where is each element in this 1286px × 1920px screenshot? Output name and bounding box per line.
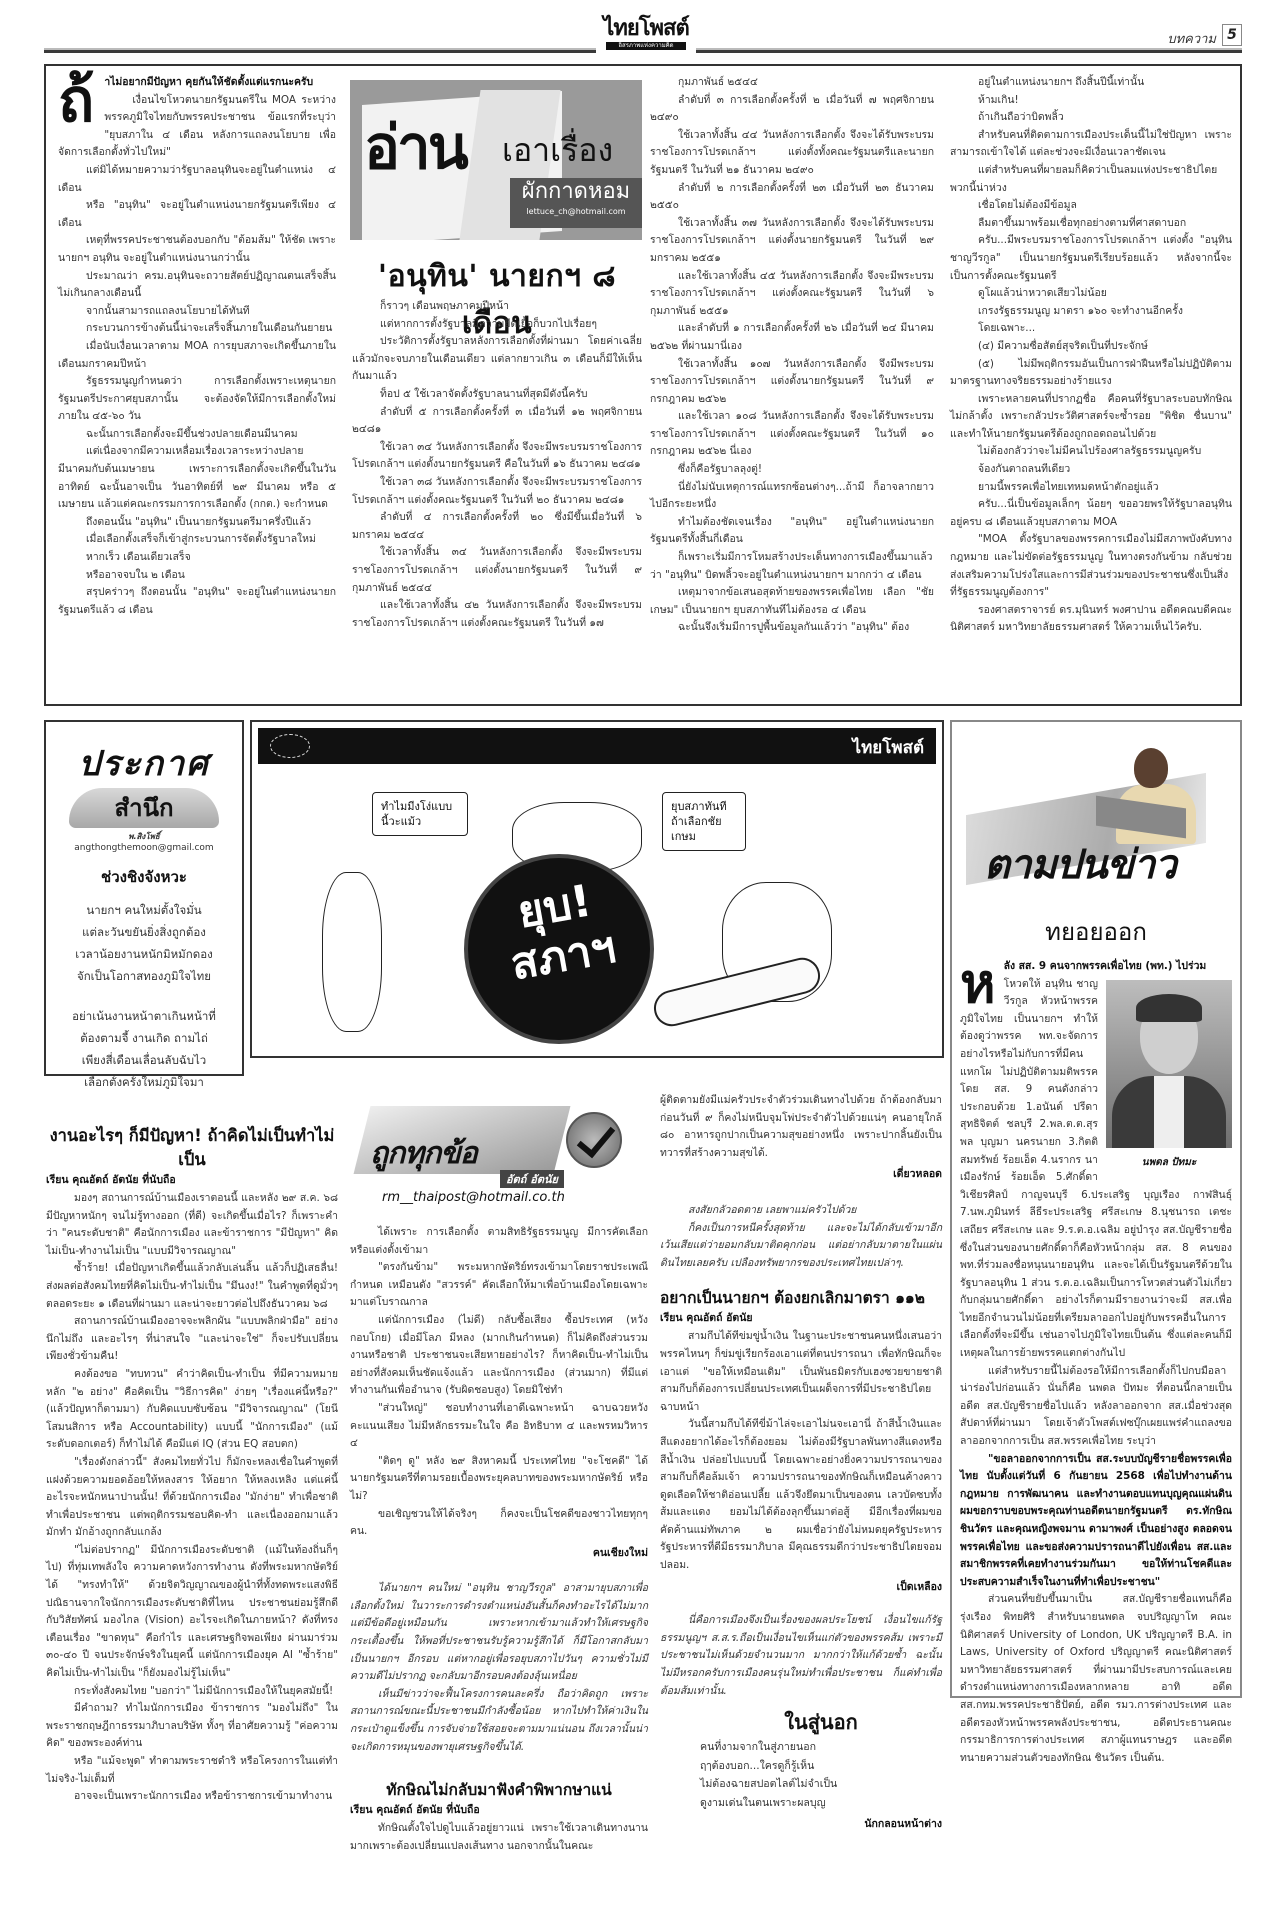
paragraph: สงสัยกลัวอดตาย เลยพาแม่ครัวไปด้วย [660,1202,942,1220]
dropcap: ถ้ [58,74,94,128]
letter-1-signature: คนเชียงใหม่ [350,1545,648,1563]
masthead: ไทยโพสต์ อิสรภาพแห่งความคิด บทความ 5 [0,0,1286,58]
section-label: บทความ [1167,28,1216,49]
news-lead: ลัง สส. 9 คนจากพรรคเพื่อไทย (พท.) ไปร่วม [960,958,1232,976]
poem-column: ประกาศ สำนึก พ.สิงโพธิ์ angthongthemoon@… [44,720,244,1076]
paragraph: ถึงตอนนั้น "อนุทิน" เป็นนายกรัฐมนตรีมาคร… [58,514,336,532]
banner-email[interactable]: lettuce_ch@hotmail.com [510,206,642,218]
paragraph: ผู้ติดตามยังมีแม่ครัวประจำตัวร่วมเดินทาง… [660,1092,942,1162]
banner-author-box: ผักกาดหอม lettuce_ch@hotmail.com [510,178,642,228]
paragraph: (๕) ไม่มีพฤติกรรมอันเป็นการฝ่าฝืนหรือไม่… [950,356,1232,391]
paragraph: มีคำถาม? ทำไมนักการเมือง ข้าราชการ "มองไ… [46,1700,338,1753]
letter-3-body: สามกีบได้ทีข่มขู่น้ำเงิน ในฐานะประชาชนคน… [660,1328,942,1574]
paragraph: "ตรงกันข้าม" พระมหากษัตริย์ทรงเข้ามาโดยร… [350,1259,648,1312]
verse-line: ดูงามเด่นในตนเพราะผลบุญ [700,1794,942,1813]
paragraph: รัฐธรรมนูญกำหนดว่า การเลือกตั้งเพราะเหตุ… [58,373,336,426]
checkmark-icon [566,1112,622,1168]
paragraph: กุมภาพันธ์ ๒๕๔๔ [650,74,934,92]
letters-col-1: งานอะไรๆ ก็มีปัญหา! ถ้าคิดไม่เป็นทำไม่เป… [46,1124,338,1806]
paragraph: ก็คงเป็นการหนีครั้งสุดท้าย และจะไม่ได้กล… [660,1220,942,1273]
letter-1-body: มองๆ สถานการณ์บ้านเมืองเราตอนนี้ และหลัง… [46,1190,338,1806]
poem-title: ช่วงชิงจังหวะ [46,865,242,889]
paragraph: แต่สำหรับคนที่ผายลมก็คิดว่าเป็นลมแห่งประ… [950,162,1232,197]
paragraph: "ไม่ต่อปรากฏ" มีนักการเมืองระดับชาติ (แม… [46,1542,338,1683]
paragraph: ไม่ต้องกลัวว่าจะไม่มีคนไปร้องศาลรัฐธรรมน… [950,443,1232,461]
paragraph: ทำไมต้องชัดเจนเรื่อง "อนุทิน" อยู่ในตำแห… [650,514,934,549]
banner-title-big: อ่าน [364,118,466,178]
verse-line: นายกฯ คนใหม่ตั้งใจมั่น [46,899,242,921]
paragraph: ลำดับที่ ๒ การเลือกตั้งครั้งที่ ๒๓ เมื่อ… [650,180,934,215]
col-1-paragraphs: เงื่อนไขโหวตนายกรัฐมนตรีใน MOA ระหว่างพร… [58,92,336,620]
paragraph: นี่คือการเมืองจึงเป็นเรื่องของผลประโยชน์… [660,1612,942,1700]
paragraph: ขอเชิญชวนให้ได้จริงๆ ก็คงจะเป็นโชคดีของช… [350,1506,648,1541]
banner-author: ผักกาดหอม [510,178,642,206]
paragraph: จ้องกันตาถลนทีเดียว [950,461,1232,479]
paragraph: "MOA ตั้งรัฐบาลของพรรคการเมืองไม่มีสภาพบ… [950,531,1232,601]
paragraph: ใช้เวลา ๓๔ วันหลังการเลือกตั้ง จึงจะมีพร… [352,439,642,474]
paragraph: วันนี้สามกีบได้ทีขี่ม้าไล่จะเอาไม่นจะเอา… [660,1416,942,1574]
verse-line: เพียงสี่เดือนเลื่อนลับฉับไว [46,1049,242,1071]
paragraph: ใช้เวลา ๓๘ วันหลังการเลือกตั้ง จึงจะมีพร… [352,474,642,509]
paragraph: ประวัติการตั้งรัฐบาลหลังการเลือกตั้งที่ผ… [352,333,642,386]
letters-column-logo: ถูกทุกข้อ อัตถ์ อัตนัย rm__thaipost@hotm… [350,1090,650,1210]
paragraph: สถานการณ์บ้านเมืองอาจจะพลิกผัน "แบบพลิกฝ… [46,1313,338,1366]
editor-reply-2: สงสัยกลัวอดตาย เลยพาแม่ครัวไปด้วยก็คงเป็… [660,1202,942,1272]
letter-2-headline: ทักษิณไม่กลับมาฟังคำพิพากษาแน่ [350,1778,648,1802]
paragraph: ยามนี้พรรคเพื่อไทยเทหมดหน้าตักอยู่แล้ว [950,479,1232,497]
paragraph: หรือ "แม้จะพูด" ทำตามพระราชดำริ หรือโครง… [46,1753,338,1788]
paragraph: "เรื่องดังกล่าวนี้" สังคมไทยทั่วไป ก็มัก… [46,1454,338,1542]
closing-poem-title: ในสู่นอก [700,1708,942,1736]
news-para-2: แต่สำหรับรายนี้ไม่ต้องรอให้มีการเลือกตั้… [960,1363,1232,1451]
paragraph: แต่เนื่องจากมีความเหลื่อมเรื่องเวลาระหว่… [58,443,336,513]
paragraph: เหตุที่พรรคประชาชนต้องบอกกับ "ต้อมส้ม" ใ… [58,232,336,267]
paragraph: ใช้เวลาทั้งสิ้น ๓๔ วันหลังการเลือกตั้ง จ… [352,544,642,597]
poem-byline: พ.สิงโพธิ์ [46,830,242,843]
cartoon-header-bar: ไทยโพสต์ [258,728,936,764]
logo-author: อัตถ์ อัตนัย [500,1170,564,1188]
news-headline: ทยอยออก [950,912,1242,951]
paragraph: ใช้เวลาทั้งสิ้น ๔๔ วันหลังการเลือกตั้ง จ… [650,127,934,180]
top-article-col-1: ถ้ าไม่อยากมีปัญหา คุยกันให้ชัดตั้งแต่แร… [58,74,336,619]
poem-column-scroll: สำนึก [69,788,219,828]
paragraph: กระทั่งสังคมไทย "บอกว่า" ไม่มีนักการเมือ… [46,1683,338,1701]
logo-tagline: อิสรภาพแห่งความคิด [606,42,686,50]
paragraph: "ส่วนใหญ่" ชอบทำงานที่เอาดีเฉพาะหน้า ฉาบ… [350,1400,648,1453]
paragraph: เงื่อนไขโหวตนายกรัฐมนตรีใน MOA ระหว่างพร… [58,92,336,162]
news-para-3: ส่วนคนที่ขยับขึ้นมาเป็น สส.บัญชีรายชื่อแ… [960,1591,1232,1767]
paragraph: และใช้เวลาทั้งสิ้น ๔๒ วันหลังการเลือกตั้… [352,597,642,632]
paragraph: แต่มิได้หมายความว่ารัฐบาลอนุทินจะอยู่ในต… [58,162,336,197]
verse-line: จักเป็นโอกาสทองภูมิใจไทย [46,965,242,987]
reader-illustration [1106,744,1196,844]
paragraph: สำหรับคนที่ติดตามการเมืองประเด็นนี้ไม่ใช… [950,127,1232,162]
page-number: 5 [1222,24,1242,46]
news-column-title: ตามปนข่าว [984,832,1176,896]
news-column-body: ห ลัง สส. 9 คนจากพรรคเพื่อไทย (พท.) ไปร่… [960,958,1232,1767]
paragraph: สรุปคร่าวๆ ถึงตอนนั้น "อนุทิน" จะอยู่ในต… [58,584,336,619]
paragraph: นี่ยังไม่นับเหตุการณ์แทรกซ้อนต่างๆ...ถ้า… [650,479,934,514]
paragraph: ลำดับที่ ๓ การเลือกตั้งครั้งที่ ๒ เมื่อว… [650,92,934,127]
letter-2-body: ทักษิณตั้งใจไปดูไบแล้วอยู่ยาวแน่ เพราะใช… [350,1820,648,1855]
verse-line: ต้องตามจี้ งานเกิด ถามไถ่ [46,1027,242,1049]
cartoon-brand: ไทยโพสต์ [853,734,924,761]
letter-3-salutation: เรียน คุณอัตถ์ อัตนัย [660,1310,942,1326]
paragraph: ประมาณว่า ครม.อนุทินจะถวายสัตย์ปฏิญาณตนเ… [58,268,336,303]
cartoonist-mascot-icon [270,734,310,758]
paragraph: เชื่อโดยไม่ต้องมีข้อมูล [950,197,1232,215]
letter-1-continued: ได้เพราะ การเลือกตั้ง ตามสิทธิรัฐธรรมนูญ… [350,1224,648,1541]
closing-poem-author: นักกลอนหน้าต่าง [660,1816,942,1834]
letter-2-continued: ผู้ติดตามยังมีแม่ครัวประจำตัวร่วมเดินทาง… [660,1092,942,1162]
verse-line: ไม่ต้องฉายสปอตไลต์ไม่จำเป็น [700,1775,942,1794]
paragraph: เมื่อเลือกตั้งเสร็จก็เข้าสู่กระบวนการจัด… [58,531,336,549]
paragraph: ลืมตาขึ้นมาพร้อมเชื่อทุกอย่างตามที่ศาสดา… [950,215,1232,233]
paragraph: เพราะหลายคนที่ปรากฏชื่อ คือคนที่รัฐบาลระ… [950,391,1232,444]
speech-bubble-left: ทำไมมีงโง่แบบนี้วะแม้ว [372,792,468,836]
photo-caption: นพดล ปัทมะ [1106,1154,1232,1172]
verse-line: อย่าเน้นงานหน้าตาเกินหน้าที่ [46,1005,242,1027]
col-2-paragraphs: ก็ราวๆ เดือนพฤษภาคมปีหน้าแต่หากการตั้งรั… [352,298,642,632]
speech-bubble-right: ยุบสภาทันทีถ้าเลือกชัยเกษม [662,792,746,851]
col-3-paragraphs: กุมภาพันธ์ ๒๕๔๔ลำดับที่ ๓ การเลือกตั้งคร… [650,74,934,637]
poem-column-logo: ประกาศ [46,736,242,790]
photo-noppadon: นพดล ปัทมะ [1106,980,1232,1172]
paragraph: ลำดับที่ ๕ การเลือกตั้งครั้งที่ ๓ เมื่อว… [352,404,642,439]
poem-stanza-2: อย่าเน้นงานหน้าตาเกินหน้าที่ต้องตามจี้ ง… [46,1005,242,1093]
letter-1-headline: งานอะไรๆ ก็มีปัญหา! ถ้าคิดไม่เป็นทำไม่เป… [46,1124,338,1172]
paragraph: และใช้เวลาทั้งสิ้น ๔๕ วันหลังการเลือกตั้… [650,268,934,321]
paragraph: และลำดับที่ ๑ การเลือกตั้งครั้งที่ ๒๖ เม… [650,320,934,355]
paragraph: โดยเฉพาะ... [950,320,1232,338]
letter-1-salutation: เรียน คุณอัตถ์ อัตนัย ที่นับถือ [46,1172,338,1188]
paragraph: เห็นมีข่าวว่าจะฟื้นโครงการคนละครึ่ง ถือว… [350,1686,648,1756]
logo-text: ไทยโพสต์ [596,16,696,42]
paragraph: แต่นักการเมือง (ไม่ดี) กลับซื้อเสียง ซื้… [350,1312,648,1400]
top-article-col-3: กุมภาพันธ์ ๒๕๔๔ลำดับที่ ๓ การเลือกตั้งคร… [650,74,934,637]
paragraph: ฉะนั้นการเลือกตั้งจะมีขึ้นช่วงปลายเดือนม… [58,426,336,444]
paragraph: ได้เพราะ การเลือกตั้ง ตามสิทธิรัฐธรรมนูญ… [350,1224,648,1259]
paragraph: ใช้เวลาทั้งสิ้น ๑๐๗ วันหลังการเลือกตั้ง … [650,356,934,409]
lead-line: าไม่อยากมีปัญหา คุยกันให้ชัดตั้งแต่แรกนะ… [58,74,336,92]
letter-3-headline: อยากเป็นนายกฯ ต้องยกเลิกมาตรา ๑๑๒ [660,1286,942,1310]
paragraph: คงต้องขอ "ทบทวน" คำว่าคิดเป็น-ทำเป็น ที่… [46,1366,338,1454]
logo-word: ถูกทุกข้อ [370,1130,477,1177]
paragraph: (๔) มีความซื่อสัตย์สุจริตเป็นที่ประจักษ์ [950,338,1232,356]
top-article-col-2: ก็ราวๆ เดือนพฤษภาคมปีหน้าแต่หากการตั้งรั… [352,298,642,632]
verse-line: แต่ละวันขยันยิ่งสิ่งถูกต้อง [46,921,242,943]
paragraph: ก็เพราะเริ่มมีการโหมสร้างประเด็นทางการเม… [650,549,934,584]
paragraph: ซ้ำร้าย! เมื่อปัญหาเกิดขึ้นแล้วกลับเล่นล… [46,1260,338,1313]
paragraph: รองศาสตราจารย์ ดร.มุนินทร์ พงศาปาน อดีตค… [950,602,1232,637]
poem-email[interactable]: angthongthemoon@gmail.com [46,843,242,853]
cartoon-figure-left [322,872,382,1032]
poem-stanza-1: นายกฯ คนใหม่ตั้งใจมั่นแต่ละวันขยันยิ่งสิ… [46,899,242,987]
top-article-col-4: อยู่ในตำแหน่งนายกฯ ถึงสิ้นปีนี้เท่านั้นห… [950,74,1232,637]
paragraph: หรือ "อนุทิน" จะอยู่ในตำแหน่งนายกรัฐมนตร… [58,197,336,232]
paragraph: หรืออาจจบใน ๒ เดือน [58,567,336,585]
paragraph: เมื่อนับเงื่อนเวลาตาม MOA การยุบสภาจะเกิ… [58,338,336,373]
paragraph: ครับ...มีพระบรมราชโองการโปรดเกล้าฯ แต่งต… [950,232,1232,285]
paragraph: จากนั้นสามารถแถลงนโยบายได้ทันที [58,303,336,321]
paragraph: ท็อป ๕ ใช้เวลาจัดตั้งรัฐบาลนานที่สุดมีดั… [352,386,642,404]
paragraph: ถ้าเกินถือว่าบิดพลิ้ว [950,109,1232,127]
paragraph: อาจจะเป็นเพราะนักการเมือง หรือข้าราชการเ… [46,1788,338,1806]
paragraph: มองๆ สถานการณ์บ้านเมืองเราตอนนี้ และหลัง… [46,1190,338,1260]
paragraph: ฉะนั้นจึงเริ่มมีการปูพื้นข้อมูลกันแล้วว่… [650,619,934,637]
paragraph: ห้ามเกิน! [950,92,1232,110]
paragraph: "ติดๆ ดู" หลัง ๒๙ สิงหาคมนี้ ประเทศไทย "… [350,1453,648,1506]
paragraph: เหตุมาจากข้อเสนอสุดท้ายของพรรคเพื่อไทย เ… [650,584,934,619]
paragraph: หากเร็ว เดือนเดียวเสร็จ [58,549,336,567]
letters-col-3: ผู้ติดตามยังมีแม่ครัวประจำตัวร่วมเดินทาง… [660,1092,942,1834]
paragraph: ก็ราวๆ เดือนพฤษภาคมปีหน้า [352,298,642,316]
verse-line: คนที่งามจากในสู่ภายนอก [700,1738,942,1757]
letter-2-salutation: เรียน คุณอัตถ์ อัตนัย ที่นับถือ [350,1802,648,1818]
paragraph: กระบวนการข้างต้นนี้น่าจะเสร็จสิ้นภายในเด… [58,320,336,338]
column-banner-read: อ่าน เอาเรื่อง ผักกาดหอม lettuce_ch@hotm… [350,80,642,240]
editorial-cartoon: ไทยโพสต์ ทำไมมีงโง่แบบนี้วะแม้ว ยุบสภาทั… [250,720,944,1058]
paragraph: แต่หากการตั้งรัฐบาลมีความยืดเยื้อก็บวกไป… [352,316,642,334]
closing-poem: ในสู่นอก คนที่งามจากในสู่ภายนอกฤๅต้องบอก… [660,1708,942,1812]
news-column-banner: ตามปนข่าว [956,744,1236,874]
banner-title-small: เอาเรื่อง [502,132,613,168]
paragraph: ได้นายกฯ คนใหม่ "อนุทิน ชาญวีรกูล" อาสาม… [350,1580,648,1686]
paragraph: ลำดับที่ ๔ การเลือกตั้งครั้งที่ ๒๐ ซึ่งม… [352,509,642,544]
col-4-paragraphs: อยู่ในตำแหน่งนายกฯ ถึงสิ้นปีนี้เท่านั้นห… [950,74,1232,637]
verse-line: เวลาน้อยงานหนักมิหมักดอง [46,943,242,965]
paragraph: ดูโผแล้วน่าหวาดเสียวไม่น้อย [950,285,1232,303]
letters-email[interactable]: rm__thaipost@hotmail.co.th [382,1190,565,1205]
paragraph: เกรงรัฐธรรมนูญ มาตรา ๑๖๐ จะทำงานอีกครั้ง [950,303,1232,321]
news-dropcap: ห [960,960,996,1006]
paragraph: ใช้เวลาทั้งสิ้น ๓๗ วันหลังการเลือกตั้ง จ… [650,215,934,268]
editor-reply-3: นี่คือการเมืองจึงเป็นเรื่องของผลประโยชน์… [660,1612,942,1700]
verse-line: เลือกตั้งครั้งใหม่ภูมิใจมา [46,1071,242,1093]
paragraph: สามกีบได้ทีข่มขู่น้ำเงิน ในฐานะประชาชนคน… [660,1328,942,1416]
paragraph: ทักษิณตั้งใจไปดูไบแล้วอยู่ยาวแน่ เพราะใช… [350,1820,648,1855]
letter-2-signature: เดี่ยวหลอด [660,1166,942,1184]
paragraph: ซึ่งก็คือรัฐบาลลุงตู่! [650,461,934,479]
newspaper-logo: ไทยโพสต์ อิสรภาพแห่งความคิด [596,16,696,56]
portrait-photo [1106,980,1232,1148]
paragraph: และใช้เวลา ๑๐๘ วันหลังการเลือกตั้ง จึงจะ… [650,408,934,461]
editor-reply-1: ได้นายกฯ คนใหม่ "อนุทิน ชาญวีรกูล" อาสาม… [350,1580,648,1756]
paragraph: ครับ...นี่เป็นข้อมูลเล็กๆ น้อยๆ ขออวยพรใ… [950,496,1232,531]
closing-poem-lines: คนที่งามจากในสู่ภายนอกฤๅต้องบอก...ใครดูก… [700,1738,942,1812]
letters-col-2: ได้เพราะ การเลือกตั้ง ตามสิทธิรัฐธรรมนูญ… [350,1224,648,1855]
paragraph: อยู่ในตำแหน่งนายกฯ ถึงสิ้นปีนี้เท่านั้น [950,74,1232,92]
news-quote: "ขอลาออกจากการเป็น สส.ระบบบัญชีรายชื่อพร… [960,1451,1232,1592]
verse-line: ฤๅต้องบอก...ใครดูก็รู้เห็น [700,1757,942,1776]
letter-3-signature: เป็ดเหลือง [660,1579,942,1597]
